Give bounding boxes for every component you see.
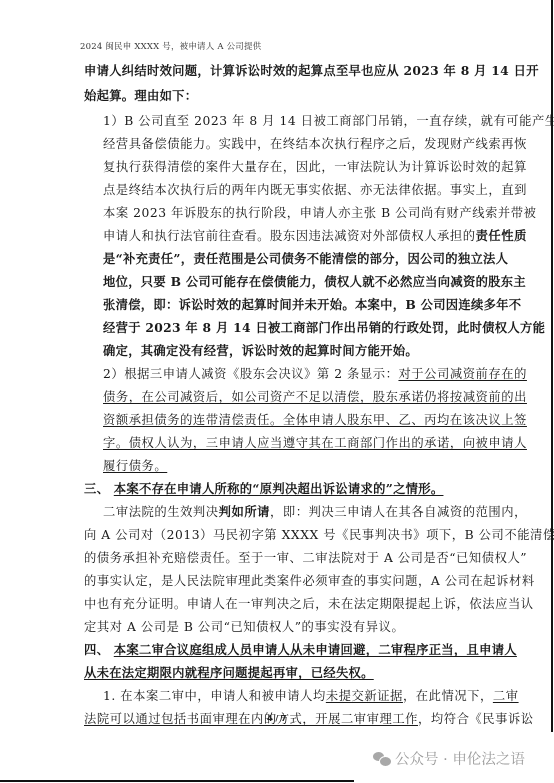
text-line: 1. 在本案二审中，申请人和被申请人均未提交新证据，在此情况下，二审	[103, 688, 519, 704]
text-line: 向 A 公司对（2013）马民初字第 XXXX 号《民事判决书》项下，B 公司不…	[84, 527, 554, 543]
text-run: 二审法院的生效判决	[103, 505, 219, 519]
page-border-bottom	[0, 780, 354, 782]
text-run: 从未在法定期限内就程序问题提起再审，已经失权。	[84, 665, 374, 680]
watermark: 公众号 · 申伦法之语	[373, 748, 525, 769]
watermark-text: 公众号 · 申伦法之语	[395, 748, 525, 769]
text-line: 字。债权人认为，三申请人应当遵守其在工商部门作出的承诺，向被申请人	[103, 435, 527, 451]
text-run: 本案 2023 年诉股东的执行阶段，申请人亦主张 B 公司尚有财产线索并带被	[103, 206, 536, 220]
text-run: 张清偿，即：诉讼时效的起算时间并未开始。本案中，B 公司因连续多年不	[103, 297, 521, 312]
text-line: 中也有充分证明。申请人在一审判决之后，未在法定期限提起上诉，依法应当认	[84, 596, 534, 612]
text-line: 地位，只要 B 公司可能存在偿债能力，债权人就不必然应当向减资的股东主	[103, 274, 526, 290]
text-line: 法院可以通过包括书面审理在内的方式，开展二审审理工作，均符合《民事诉讼	[84, 711, 534, 727]
text-run: 确定，其确定没有经营，诉讼时效的起算时间方能开始。	[103, 343, 418, 358]
text-line: 是“补充责任”，责任范围是公司债务不能清偿的部分，因公司的独立法人	[103, 251, 508, 267]
text-run: 经营具备偿债能力。实践中，在终结本次执行程序之后，发现财产线索再恢	[103, 137, 527, 151]
text-line: 经营具备偿债能力。实践中，在终结本次执行程序之后，发现财产线索再恢	[103, 136, 527, 152]
text-run: 判如所请	[219, 504, 270, 519]
text-run: 中也有充分证明。申请人在一审判决之后，未在法定期限提起上诉，依法应当认	[84, 597, 534, 611]
page-number: 4 / 7	[267, 714, 287, 723]
text-run: 始起算。理由如下：	[84, 88, 197, 103]
text-run: 向 A 公司对（2013）马民初字第 XXXX 号《民事判决书》项下，B 公司不…	[84, 528, 554, 542]
text-run: 点是终结本次执行后的两年内既无事实依据、亦无法律依据。事实上，直到	[103, 183, 527, 197]
text-line: 二审法院的生效判决判如所请，即：判决三申请人在其各自减资的范围内，	[103, 504, 527, 520]
text-run: 本案不存在申请人所称的“原判决超出诉讼请求的”之情形。	[114, 481, 444, 496]
text-line: 1）B 公司直至 2023 年 8 月 14 日被工商部门吊销，一直存续，就有可…	[103, 113, 554, 129]
text-run: ，均符合《民事诉讼	[418, 712, 534, 726]
text-line: 本案 2023 年诉股东的执行阶段，申请人亦主张 B 公司尚有财产线索并带被	[103, 205, 536, 221]
text-run: 是“补充责任”，责任范围是公司债务不能清偿的部分，因公司的独立法人	[103, 251, 508, 266]
text-run: 申请人纠结时效问题，计算诉讼时效的起算点至早也应从 2023 年 8 月 14 …	[84, 63, 539, 78]
text-run: 1. 在本案二审中，申请人和被申请人均	[103, 689, 326, 703]
text-line: 申请人纠结时效问题，计算诉讼时效的起算点至早也应从 2023 年 8 月 14 …	[84, 63, 539, 79]
text-line: 资额承担债务的连带清偿责任。全体申请人股东甲、乙、丙均在该决议上签	[103, 412, 527, 428]
text-run: ，即：判决三申请人在其各自减资的范围内，	[270, 505, 527, 519]
text-run: 的债务承担补充赔偿责任。至于一审、二审法院对于 A 公司是否“已知债权人”	[84, 551, 527, 565]
text-line: 始起算。理由如下：	[84, 88, 197, 104]
text-run: 本案二审合议庭组成人员申请人从未申请回避，二审程序正当，且申请人	[114, 642, 517, 657]
text-run: 资额承担债务的连带清偿责任。全体申请人股东甲、乙、丙均在该决议上签	[103, 413, 527, 427]
text-run: 定其对 A 公司是 B 公司“已知债权人”的事实没有异议。	[84, 620, 404, 634]
text-run: 1）B 公司直至 2023 年 8 月 14 日被工商部门吊销，一直存续，就有可…	[103, 114, 554, 128]
text-run: 字。债权人认为，三申请人应当遵守其在工商部门作出的承诺，向被申请人	[103, 436, 527, 450]
text-line: 履行债务。	[103, 458, 167, 474]
text-run: 申请人和执行法官前往查看。股东因违法减资对外部债权人承担的	[103, 229, 476, 243]
text-line: 从未在法定期限内就程序问题提起再审，已经失权。	[84, 665, 374, 681]
text-line: 申请人和执行法官前往查看。股东因违法减资对外部债权人承担的责任性质	[103, 228, 527, 244]
text-line: 复执行获得清偿的案件大量存在，因此，一审法院认为计算诉讼时效的起算	[103, 159, 527, 175]
text-line: 四、 本案二审合议庭组成人员申请人从未申请回避，二审程序正当，且申请人	[84, 642, 517, 658]
text-run: 履行债务。	[103, 459, 167, 473]
text-run: 二审	[493, 689, 519, 703]
text-run: 复执行获得清偿的案件大量存在，因此，一审法院认为计算诉讼时效的起算	[103, 160, 527, 174]
text-run: 未提交新证据	[326, 689, 403, 703]
text-run: 地位，只要 B 公司可能存在偿债能力，债权人就不必然应当向减资的股东主	[103, 274, 526, 289]
text-line: 确定，其确定没有经营，诉讼时效的起算时间方能开始。	[103, 343, 418, 359]
text-run: 2）根据三申请人减资《股东会决议》第 2 条显示：	[103, 367, 398, 381]
document-page: 2024 闽民申 XXXX 号，被申请人 A 公司提供 申请人纠结时效问题，计算…	[0, 0, 554, 783]
text-line: 的债务承担补充赔偿责任。至于一审、二审法院对于 A 公司是否“已知债权人”	[84, 550, 527, 566]
text-run: 的事实认定，是人民法院审理此类案件必须审查的事实问题，A 公司在起诉材料	[84, 574, 535, 588]
page-border-right	[551, 0, 553, 732]
text-run: 经营于 2023 年 8 月 14 日被工商部门作出吊销的行政处罚，此时债权人方…	[103, 320, 545, 335]
header-note: 2024 闽民申 XXXX 号，被申请人 A 公司提供	[80, 40, 261, 52]
text-line: 点是终结本次执行后的两年内既无事实依据、亦无法律依据。事实上，直到	[103, 182, 527, 198]
text-run: 三、	[84, 481, 114, 496]
text-run: 法院可以通过包括书面审理在内的方式，开展二审审理工作	[84, 712, 418, 726]
text-line: 经营于 2023 年 8 月 14 日被工商部门作出吊销的行政处罚，此时债权人方…	[103, 320, 545, 336]
text-line: 张清偿，即：诉讼时效的起算时间并未开始。本案中，B 公司因连续多年不	[103, 297, 521, 313]
text-line: 三、 本案不存在申请人所称的“原判决超出诉讼请求的”之情形。	[84, 481, 443, 497]
text-run: ，在此情况下，	[403, 689, 493, 703]
text-run: 债务，在公司减资后，如公司资产不足以清偿，股东承诺仍将按减资前的出	[103, 390, 527, 404]
text-line: 定其对 A 公司是 B 公司“已知债权人”的事实没有异议。	[84, 619, 404, 635]
text-line: 债务，在公司减资后，如公司资产不足以清偿，股东承诺仍将按减资前的出	[103, 389, 527, 405]
text-run: 对于公司减资前存在的	[398, 367, 526, 381]
text-line: 的事实认定，是人民法院审理此类案件必须审查的事实问题，A 公司在起诉材料	[84, 573, 535, 589]
text-line: 2）根据三申请人减资《股东会决议》第 2 条显示：对于公司减资前存在的	[103, 366, 527, 382]
text-run: 四、	[84, 642, 114, 657]
text-run: 责任性质	[476, 228, 527, 243]
wechat-icon	[373, 752, 391, 766]
